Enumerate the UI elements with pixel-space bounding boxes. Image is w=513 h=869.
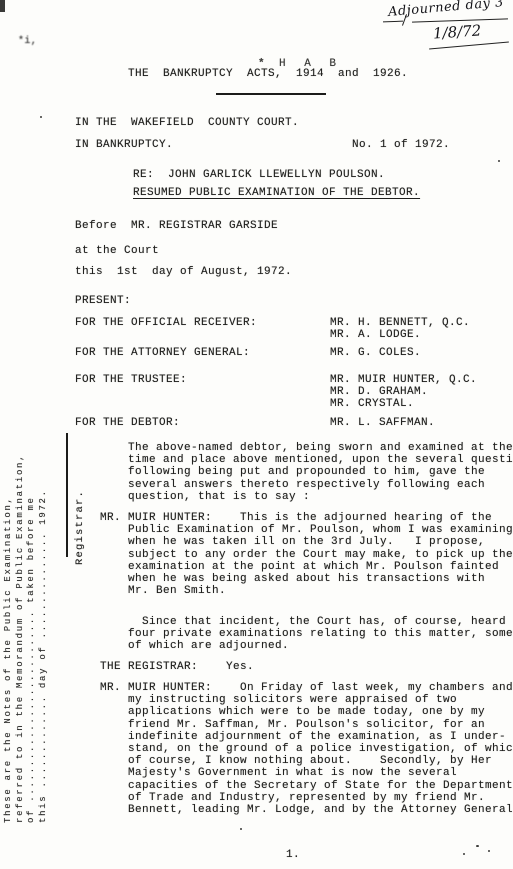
page-number: 1. — [286, 849, 300, 861]
case-number: No. 1 of 1972. — [352, 139, 450, 151]
before-line: Before MR. REGISTRAR GARSIDE — [75, 220, 278, 232]
margin-certification-line: These are the Notes of the Public Examin… — [3, 418, 15, 823]
handwritten-underline-segment — [383, 21, 403, 23]
scan-smudge — [0, 0, 5, 12]
date-line: this 1st day of August, 1972. — [75, 266, 292, 278]
title-rule — [216, 93, 326, 95]
speech-registrar: THE REGISTRAR: Yes. — [100, 661, 254, 673]
names-official-receiver: MR. H. BENNETT, Q.C. MR. A. LODGE. — [330, 317, 470, 341]
scan-speck — [498, 160, 500, 162]
scan-speck — [40, 116, 42, 118]
bankruptcy-line: IN BANKRUPTCY. — [75, 139, 173, 151]
signature-label: Registrar. — [74, 490, 86, 565]
handwritten-date: 1/8/72 — [432, 21, 481, 42]
re-line: RE: JOHN GARLICK LLEWELLYN POULSON. — [133, 169, 385, 181]
scan-speck — [476, 845, 479, 847]
court-line: IN THE WAKEFIELD COUNTY COURT. — [75, 117, 299, 129]
scan-speck — [240, 828, 242, 830]
speech-muir-hunter-1-continued: Since that incident, the Court has, of c… — [100, 616, 513, 653]
corner-smudge-mark: *i, — [18, 36, 37, 48]
scan-speck — [463, 853, 465, 855]
document-title: THE BANKRUPTCY ACTS, 1914 and 1926. — [128, 68, 408, 80]
margin-certification-line: this ............. day of ..............… — [38, 418, 50, 823]
place-line: at the Court — [75, 245, 159, 257]
margin-certification-line: of ........................... taken bef… — [26, 418, 38, 823]
scanned-document-page: Adjourned day 3 1/8/72 *i, *H A B THE BA… — [0, 0, 513, 869]
names-debtor: MR. L. SAFFMAN. — [330, 417, 435, 429]
preamble-paragraph: The above-named debtor, being sworn and … — [128, 442, 513, 503]
role-attorney-general: FOR THE ATTORNEY GENERAL: — [75, 347, 250, 359]
names-trustee: MR. MUIR HUNTER, Q.C. MR. D. GRAHAM. MR.… — [330, 374, 477, 411]
speech-muir-hunter-2: MR. MUIR HUNTER: On Friday of last week,… — [100, 682, 513, 816]
scan-speck — [408, 8, 410, 10]
role-debtor: FOR THE DEBTOR: — [75, 417, 180, 429]
role-official-receiver: FOR THE OFFICIAL RECEIVER: — [75, 317, 257, 329]
margin-certification-line: referred to in the Memorandum of Public … — [15, 418, 27, 823]
margin-certification: These are the Notes of the Public Examin… — [3, 418, 49, 823]
role-trustee: FOR THE TRUSTEE: — [75, 374, 187, 386]
names-attorney-general: MR. G. COLES. — [330, 347, 421, 359]
present-label: PRESENT: — [75, 295, 131, 307]
speech-muir-hunter-1: MR. MUIR HUNTER: This is the adjourned h… — [100, 512, 513, 597]
handwritten-date-underline — [429, 42, 509, 50]
signature-rule — [66, 433, 68, 557]
scan-speck — [488, 850, 490, 852]
subject-line: RESUMED PUBLIC EXAMINATION OF THE DEBTOR… — [133, 187, 420, 199]
